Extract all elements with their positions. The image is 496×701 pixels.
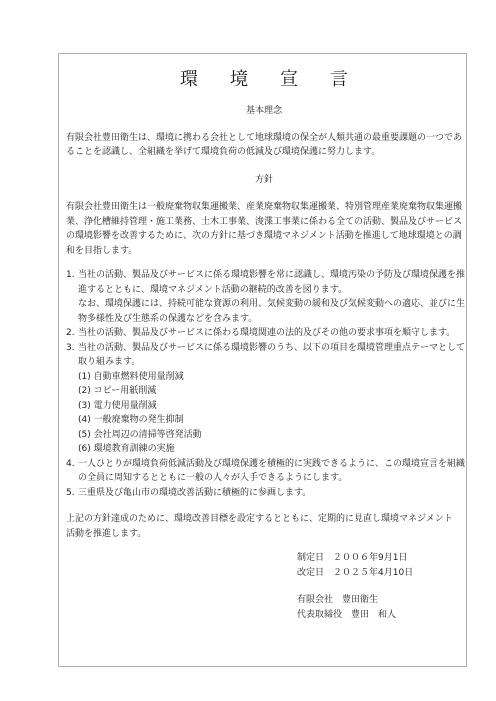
- enacted-date: 制定日 ２００６年9月1日: [297, 551, 462, 566]
- text-line: 上記の方針達成のために、環境改善目標を設定するとともに、定期的に見直し環境マネジ…: [66, 512, 462, 527]
- item-number: 2.: [66, 326, 78, 341]
- text-line: 一人ひとりが環境負荷低減活動及び環境保護を積極的に実践できるように、この環境宣言…: [78, 457, 462, 472]
- text-line: の全員に周知するとともに一般の人々が入手できるようにします。: [78, 471, 462, 486]
- policy-item: 1.当社の活動、製品及びサービスに係る環境影響を常に認識し、環境汚染の予防及び環…: [66, 268, 462, 326]
- policy-item: 2.当社の活動、製品及びサービスに係わる環境関連の法的及びその他の要求事項を順守…: [66, 326, 462, 341]
- text-line: (4) 一般廃棄物の発生抑制: [78, 413, 462, 428]
- dates-block: 制定日 ２００６年9月1日 改定日 ２０２５年4月10日: [297, 551, 462, 580]
- text-line: 有限会社豊田衛生は、環境に携わる会社として地球環境の保全が人類共通の最重要課題の…: [66, 131, 462, 146]
- text-line: の環境影響を改善するために、次の方針に基づき環境マネジメント活動を推進して地球環…: [66, 229, 462, 244]
- page-background: { "colors": { "background": "#ffffff", "…: [0, 0, 496, 701]
- text-line: (2) コピー用紙削減: [78, 384, 462, 399]
- policy-item: 3.当社の活動、製品及びサービスに係る環境影響のうち、以下の項目を環境管理重点テ…: [66, 341, 462, 457]
- text-line: 進するとともに、環境マネジメント活動の継続的改善を図ります。: [78, 283, 462, 298]
- text-line: 三重県及び亀山市の環境改善活動に積極的に参画します。: [78, 486, 462, 501]
- text-line: なお、環境保護には、持続可能な資源の利用、気候変動の緩和及び気候変動への適応、並…: [78, 297, 462, 312]
- text-line: ることを認識し、全組織を挙げて環境負荷の低減及び環境保護に努力します。: [66, 145, 462, 160]
- text-line: 取り組みます。: [78, 355, 462, 370]
- text-line: (3) 電力使用量削減: [78, 399, 462, 414]
- text-line: 和を目指します。: [66, 244, 462, 259]
- item-text: 当社の活動、製品及びサービスに係わる環境関連の法的及びその他の要求事項を順守しま…: [78, 326, 462, 341]
- company-name: 有限会社 豊田衛生: [297, 593, 462, 608]
- item-text: 当社の活動、製品及びサービスに係る環境影響を常に認識し、環境汚染の予防及び環境保…: [78, 268, 462, 326]
- policy-item: 4.一人ひとりが環境負荷低減活動及び環境保護を積極的に実践できるように、この環境…: [66, 457, 462, 486]
- document-page: 環 境 宣 言 基本理念 有限会社豊田衛生は、環境に携わる会社として地球環境の保…: [58, 53, 467, 667]
- text-line: 当社の活動、製品及びサービスに係わる環境関連の法的及びその他の要求事項を順守しま…: [78, 326, 462, 341]
- signature-block: 有限会社 豊田衛生 代表取締役 豊田 和人: [297, 593, 462, 622]
- document-title: 環 境 宣 言: [66, 67, 462, 92]
- item-number: 4.: [66, 457, 78, 486]
- text-line: (5) 会社周辺の清掃等啓発活動: [78, 428, 462, 443]
- representative-name: 代表取締役 豊田 和人: [297, 608, 462, 623]
- text-line: (6) 環境教育訓練の実施: [78, 442, 462, 457]
- item-text: 一人ひとりが環境負荷低減活動及び環境保護を積極的に実践できるように、この環境宣言…: [78, 457, 462, 486]
- item-text: 当社の活動、製品及びサービスに係る環境影響のうち、以下の項目を環境管理重点テーマ…: [78, 341, 462, 457]
- item-number: 1.: [66, 268, 78, 326]
- text-line: 有限会社豊田衛生は一般廃棄物収集運搬業、産業廃棄物収集運搬業、特別管理産業廃棄物…: [66, 200, 462, 215]
- text-line: 業、浄化槽維持管理・施工業務、土木工事業、浚渫工事業に係わる全ての活動、製品及び…: [66, 215, 462, 230]
- item-text: 三重県及び亀山市の環境改善活動に積極的に参画します。: [78, 486, 462, 501]
- text-line: 当社の活動、製品及びサービスに係る環境影響のうち、以下の項目を環境管理重点テーマ…: [78, 341, 462, 356]
- policy-intro-paragraph: 有限会社豊田衛生は一般廃棄物収集運搬業、産業廃棄物収集運搬業、特別管理産業廃棄物…: [66, 200, 462, 258]
- policy-list: 1.当社の活動、製品及びサービスに係る環境影響を常に認識し、環境汚染の予防及び環…: [66, 268, 462, 500]
- policy-heading: 方針: [66, 173, 462, 188]
- text-line: 活動を推進します。: [66, 527, 462, 542]
- text-line: 物多様性及び生態系の保護などを含みます。: [78, 312, 462, 327]
- closing-paragraph: 上記の方針達成のために、環境改善目標を設定するとともに、定期的に見直し環境マネジ…: [66, 512, 462, 541]
- policy-item: 5.三重県及び亀山市の環境改善活動に積極的に参画します。: [66, 486, 462, 501]
- item-number: 3.: [66, 341, 78, 457]
- text-line: 当社の活動、製品及びサービスに係る環境影響を常に認識し、環境汚染の予防及び環境保…: [78, 268, 462, 283]
- basic-principle-heading: 基本理念: [66, 104, 462, 119]
- text-line: (1) 自動車燃料使用量削減: [78, 370, 462, 385]
- basic-principle-paragraph: 有限会社豊田衛生は、環境に携わる会社として地球環境の保全が人類共通の最重要課題の…: [66, 131, 462, 160]
- document-content: 環 境 宣 言 基本理念 有限会社豊田衛生は、環境に携わる会社として地球環境の保…: [59, 67, 466, 622]
- item-number: 5.: [66, 486, 78, 501]
- revised-date: 改定日 ２０２５年4月10日: [297, 566, 462, 581]
